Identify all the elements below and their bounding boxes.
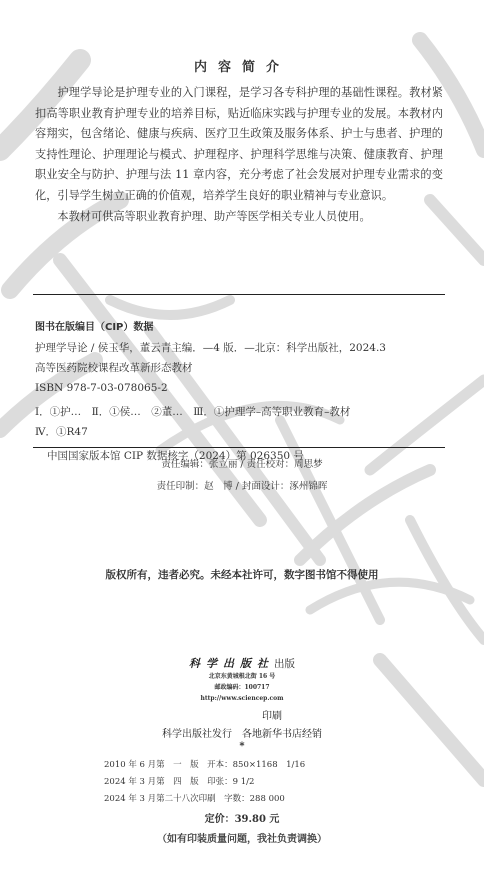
- cip-classification: Ⅳ．①R47: [35, 422, 447, 442]
- cip-entry: 护理学导论 / 侯玉华，董云青主编．—4 版．—北京：科学出版社，2024.3: [35, 338, 447, 358]
- summary-body: 护理学导论是护理专业的入门课程，是学习各专科护理的基础性课程。教材紧扣高等职业教…: [35, 83, 443, 228]
- cip-classification: Ⅰ．①护… Ⅱ．①侯… ②董… Ⅲ．①护理学–高等职业教育–教材: [35, 402, 447, 422]
- credits-production: 责任印制：赵 博 / 封面设计：涿州锦晖: [0, 478, 484, 492]
- copyright-page: 内容简介 护理学导论是护理专业的入门课程，是学习各专科护理的基础性课程。教材紧扣…: [0, 0, 484, 894]
- quality-note: （如有印装质量问题，我社负责调换）: [0, 830, 484, 845]
- distribution-line: 科学出版社发行 各地新华书店经销: [0, 725, 484, 740]
- summary-paragraph: 护理学导论是护理专业的入门课程，是学习各专科护理的基础性课程。教材紧扣高等职业教…: [35, 83, 443, 206]
- top-rule: [33, 294, 445, 295]
- cip-heading: 图书在版编目（CIP）数据: [35, 318, 447, 338]
- summary-title: 内容简介: [0, 56, 484, 75]
- cip-series: 高等医药院校课程改革新形态教材: [35, 358, 447, 378]
- printer-suffix: 印刷: [0, 707, 484, 722]
- imprint-row: 2024 年 3 月第 四 版 印张：9 1/2: [104, 774, 254, 790]
- price: 定价：39.80 元: [0, 810, 484, 825]
- publisher-address: 北京东黄城根北街 16 号: [0, 672, 484, 682]
- credits-editors: 责任编辑：张立丽 / 责任校对：周思梦: [0, 456, 484, 470]
- bottom-rule: [33, 447, 445, 448]
- publisher-postcode: 邮政编码：100717: [0, 683, 484, 693]
- imprint-row: 2010 年 6 月第 一 版 开本：850×1168 1/16: [104, 757, 305, 773]
- summary-paragraph: 本教材可供高等职业教育护理、助产等医学相关专业人员使用。: [35, 207, 443, 228]
- publisher-line: 科学出版社出版: [0, 652, 484, 671]
- separator-mark: *: [0, 741, 484, 752]
- publisher-name: 科学出版社: [189, 657, 274, 670]
- copyright-notice: 版权所有，违者必究。未经本社许可，数字图书馆不得使用: [0, 567, 484, 582]
- publisher-suffix: 出版: [274, 658, 295, 670]
- imprint-row: 2024 年 3 月第二十八次印刷 字数：288 000: [104, 791, 285, 807]
- cip-isbn: ISBN 978-7-03-078065-2: [35, 378, 447, 398]
- publisher-website: http://www.sciencep.com: [0, 694, 484, 704]
- cip-block: 图书在版编目（CIP）数据 护理学导论 / 侯玉华，董云青主编．—4 版．—北京…: [35, 318, 447, 466]
